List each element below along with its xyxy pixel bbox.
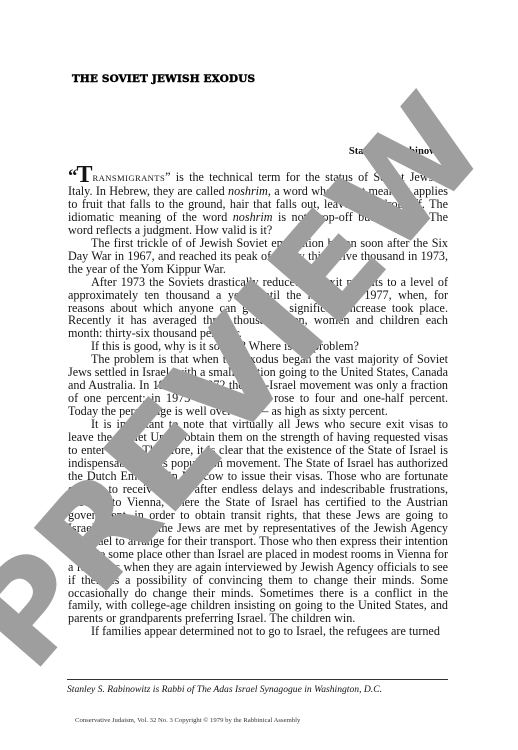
- copyright-notice: Conservative Judaism, Vol. 32 No. 3 Copy…: [75, 717, 300, 724]
- italic-term: noshrim: [228, 184, 268, 198]
- italic-term: noshrim: [233, 210, 273, 224]
- author-byline: Stanley S. Rabinowitz: [349, 146, 448, 157]
- paragraph: It is important to note that virtually a…: [68, 418, 448, 625]
- document-page: THE SOVIET JEWISH EXODUS Stanley S. Rabi…: [0, 0, 518, 750]
- article-body: “TRANSMIGRANTS” is the technical term fo…: [68, 170, 448, 638]
- opening-paragraph: “TRANSMIGRANTS” is the technical term fo…: [68, 170, 448, 237]
- author-footnote: Stanley S. Rabinowitz is Rabbi of The Ad…: [67, 684, 382, 695]
- paragraph: The problem is that when this exodus beg…: [68, 353, 448, 418]
- paragraph: After 1973 the Soviets drastically reduc…: [68, 276, 448, 341]
- small-caps-word: RANSMIGRANTS: [93, 173, 166, 183]
- paragraph: If families appear determined not to go …: [68, 625, 448, 638]
- paragraph: The first trickle of of Jewish Soviet em…: [68, 237, 448, 276]
- article-title: THE SOVIET JEWISH EXODUS: [72, 73, 255, 85]
- footnote-divider: [67, 679, 448, 680]
